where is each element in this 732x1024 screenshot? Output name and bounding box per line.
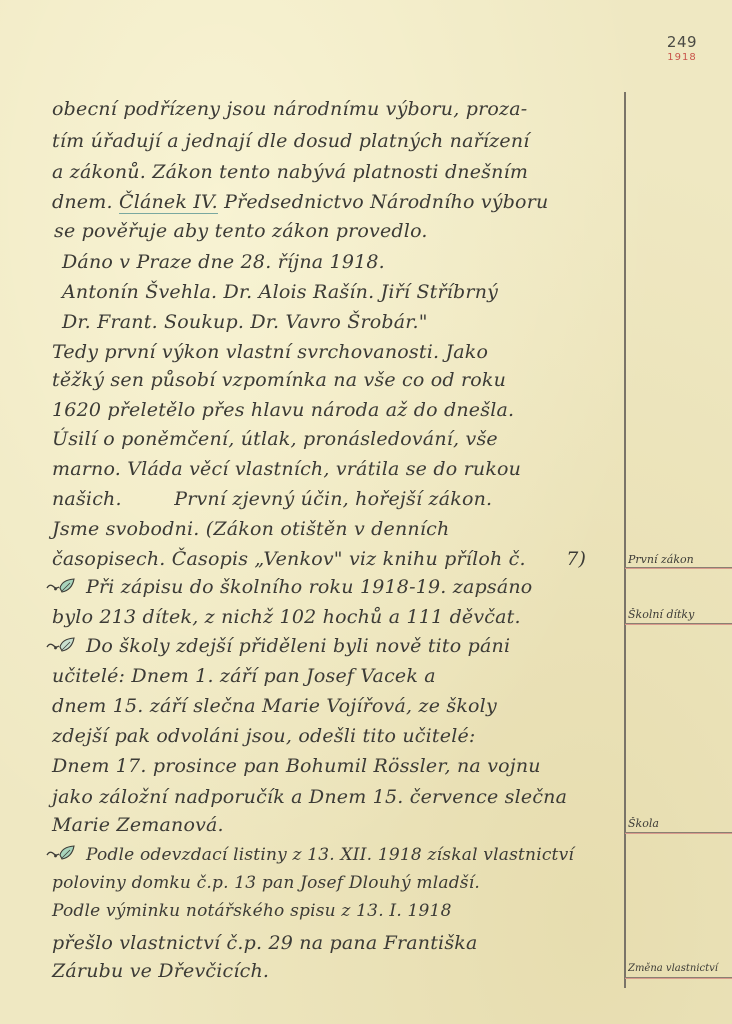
margin-note-rule xyxy=(625,623,732,625)
text-line: těžký sen působí vzpomínka na vše co od … xyxy=(52,367,506,393)
paragraph-enrollment: Při zápisu do školního roku 1918-19. zap… xyxy=(46,574,532,600)
text-line: časopisech. Časopis „Venkov" viz knihu p… xyxy=(52,546,586,572)
text-line: 1620 přeletělo přes hlavu národa až do d… xyxy=(52,397,514,423)
text-line: poloviny domku č.p. 13 pan Josef Dlouhý … xyxy=(52,870,480,896)
text-line: bylo 213 dítek, z nichž 102 hochů a 111 … xyxy=(52,604,521,630)
leaf-vine-icon xyxy=(46,845,76,861)
margin-notes-column: První zákon Školní dítky Škola Změna vla… xyxy=(625,0,732,1024)
text-line: marno. Vláda věcí vlastních, vrátila se … xyxy=(52,456,521,482)
margin-note-ownership-change: Změna vlastnictví xyxy=(628,962,732,976)
text-line: přešlo vlastnictví č.p. 29 na pana Frant… xyxy=(52,930,478,956)
text-line-date: Dáno v Praze dne 28. října 1918. xyxy=(62,249,385,275)
text-fragment: našich. xyxy=(52,488,122,510)
text-line: Jsme svobodni. (Zákon otištěn v denních xyxy=(52,516,449,542)
text-line: Úsilí o poněmčení, útlak, pronásledování… xyxy=(52,426,498,452)
text-fragment: První zjevný účin, hořejší zákon. xyxy=(174,488,492,510)
text-fragment: časopisech. Časopis „Venkov" viz knihu p… xyxy=(52,548,526,570)
text-fragment: Předsednictvo Národního výboru xyxy=(224,191,548,213)
text-fragment: dnem. xyxy=(52,191,113,213)
text-line: učitelé: Dnem 1. září pan Josef Vacek a xyxy=(52,663,436,689)
text-line: zdejší pak odvoláni jsou, odešli tito uč… xyxy=(52,723,476,749)
leaf-vine-icon xyxy=(46,578,76,594)
text-line: Marie Zemanová. xyxy=(52,812,224,838)
text-line: Zárubu ve Dřevčicích. xyxy=(52,958,269,984)
text-fragment: Podle odevzdací listiny z 13. XII. 1918 … xyxy=(86,845,574,865)
margin-note-school-children: Školní dítky xyxy=(628,608,732,622)
manuscript-page: 249 1918 obecní podřízeny jsou národnímu… xyxy=(0,0,732,1024)
text-line: a zákonů. Zákon tento nabývá platnosti d… xyxy=(52,159,528,185)
text-line-signatures: Dr. Frant. Soukup. Dr. Vavro Šrobár." xyxy=(62,309,428,335)
leaf-vine-icon xyxy=(46,637,76,653)
margin-note-rule xyxy=(625,567,732,569)
text-line: se pověřuje aby tento zákon provedlo. xyxy=(54,218,428,244)
margin-note-first-law: První zákon xyxy=(628,553,732,567)
text-line: Podle výminku notářského spisu z 13. I. … xyxy=(52,898,452,924)
text-line-article: dnem. Článek IV. Předsednictvo Národního… xyxy=(52,189,548,215)
paragraph-teachers: Do školy zdejší přiděleni byli nově tito… xyxy=(46,633,510,659)
appendix-reference: 7) xyxy=(566,548,586,570)
margin-note-school: Škola xyxy=(628,817,732,831)
margin-note-rule xyxy=(625,977,732,979)
text-line-signatures: Antonín Švehla. Dr. Alois Rašín. Jiří St… xyxy=(62,279,498,305)
text-line: dnem 15. září slečna Marie Vojířová, ze … xyxy=(52,693,497,719)
paragraph-ownership: Podle odevzdací listiny z 13. XII. 1918 … xyxy=(46,841,574,867)
text-line: Dnem 17. prosince pan Bohumil Rössler, n… xyxy=(52,753,541,779)
text-line: jako záložní nadporučík a Dnem 15. červe… xyxy=(52,784,567,810)
text-line: Tedy první výkon vlastní svrchovanosti. … xyxy=(52,339,488,365)
text-line: tím úřadují a jednají dle dosud platných… xyxy=(52,128,530,154)
margin-note-rule xyxy=(625,832,732,834)
text-fragment: Při zápisu do školního roku 1918-19. zap… xyxy=(86,576,532,598)
text-line: obecní podřízeny jsou národnímu výboru, … xyxy=(52,96,527,122)
text-fragment: Do školy zdejší přiděleni byli nově tito… xyxy=(86,635,510,657)
article-heading: Článek IV. xyxy=(119,191,218,214)
text-line: našich. První zjevný účin, hořejší zákon… xyxy=(52,486,492,512)
